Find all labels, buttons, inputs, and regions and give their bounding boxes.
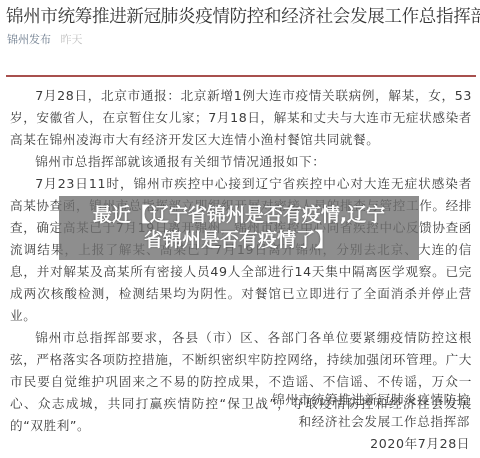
signature-org-line2: 和经济社会发展工作总指挥部 (170, 411, 470, 433)
overlay-line-2: 省锦州是否有疫情了】 (144, 228, 334, 253)
paragraph-intro: 锦州市总指挥部就该通报有关细节情况通报如下： (10, 151, 472, 173)
publish-time: 昨天 (61, 33, 83, 46)
article-title: 锦州市统筹推进新冠肺炎疫情防控和经济社会发展工作总指挥部通报 (6, 5, 480, 29)
signature-block: 锦州市统筹推进新冠肺炎疫情防控 和经济社会发展工作总指挥部 2020年7月28日 (170, 389, 470, 455)
headline-overlay: 最近【辽宁省锦州是否有疫情,辽宁 省锦州是否有疫情了】 (59, 196, 419, 260)
article-body: 7月28日，北京市通报：北京新增1例大连市疫情关联病例，解某，女，53岁，安徽省… (10, 85, 472, 437)
title-divider (6, 75, 476, 77)
paragraph-beijing-report: 7月28日，北京市通报：北京新增1例大连市疫情关联病例，解某，女，53岁，安徽省… (10, 85, 472, 151)
signature-date: 2020年7月28日 (170, 433, 470, 455)
source-link[interactable]: 锦州发布 (7, 33, 51, 46)
article-meta: 锦州发布 昨天 (7, 33, 83, 47)
signature-org-line1: 锦州市统筹推进新冠肺炎疫情防控 (170, 389, 470, 411)
overlay-line-1: 最近【辽宁省锦州是否有疫情,辽宁 (93, 203, 385, 228)
